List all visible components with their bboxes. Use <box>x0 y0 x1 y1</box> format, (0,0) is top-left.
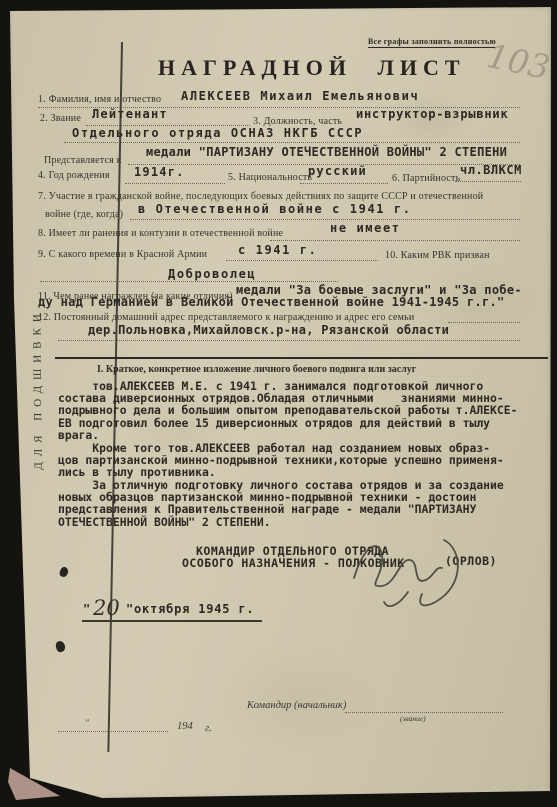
submitted-for-label: Представляется к <box>44 155 122 166</box>
dotted-line <box>58 339 520 341</box>
field-5-value: русский <box>308 164 367 178</box>
dotted-line <box>58 730 168 732</box>
field-7-value: в Отечественной войне с 1941 г. <box>138 202 412 216</box>
field-8-label: 8. Имеет ли ранения и контузии в отечест… <box>38 228 283 239</box>
field-2-label: 2. Звание <box>40 113 81 124</box>
field-1-label: 1. Фамилия, имя и отчество <box>38 94 161 105</box>
dotted-line <box>125 182 225 184</box>
field-11-value-line2: ду над Германией в Великой Отечественной… <box>38 295 505 309</box>
field-7-label-line2: войне (где, когда) <box>45 209 123 220</box>
footer-year: 194 <box>177 721 193 732</box>
citation-paragraph-2: Кроме того тов.АЛЕКСЕЕВ работал над созд… <box>58 442 504 479</box>
field-1-value: АЛЕКСЕЕВ Михаил Емельянович <box>181 89 419 103</box>
field-3-value-line2: Отдельного отряда ОСНАЗ НКГБ СССР <box>72 126 363 140</box>
commander-signature <box>348 532 483 614</box>
dotted-line <box>130 218 520 220</box>
field-6-value: чл.ВЛКСМ <box>460 163 522 177</box>
dotted-line <box>270 239 520 241</box>
date-typed-text: "октября 1945 г. <box>126 602 254 616</box>
field-9-value: с 1941 г. <box>238 243 317 257</box>
footer-commander-label: Командир (начальник) <box>247 700 346 711</box>
handwritten-day: 20 <box>93 596 120 620</box>
dotted-line <box>226 259 378 261</box>
dotted-line <box>345 711 503 713</box>
field-6-label: 6. Партийность <box>392 173 460 184</box>
dotted-line <box>448 321 520 323</box>
date-open-quote: " <box>83 602 91 616</box>
field-8-value: не имеет <box>330 221 401 235</box>
submitted-for-value: медали "ПАРТИЗАНУ ОТЕЧЕСТВЕННОЙ ВОЙНЫ" 2… <box>146 145 507 159</box>
fill-all-fields-notice: Все графы заполнить полностью <box>368 37 496 48</box>
footer-year-suffix: г. <box>205 723 212 734</box>
section-divider-rule <box>55 357 548 359</box>
field-10-label: 10. Каким РВК призван <box>385 250 490 261</box>
field-3-value: инструктор-взрывник <box>356 107 508 121</box>
field-4-value: 1914г. <box>134 165 185 179</box>
dotted-line <box>300 182 388 184</box>
field-2-value: Лейтенант <box>92 107 168 121</box>
citation-paragraph-1: тов.АЛЕКСЕЕВ М.Е. с 1941 г. занимался по… <box>58 380 517 441</box>
citation-paragraph-3: За отличную подготовку личного состава о… <box>58 479 504 528</box>
field-12-value: дер.Польновка,Михайловск.р-на, Рязанской… <box>88 323 449 337</box>
date-underline <box>82 620 262 622</box>
field-9-label: 9. С какого времени в Красной Армии <box>38 249 207 260</box>
field-12-label: 12. Постоянный домашний адрес представля… <box>38 312 414 323</box>
dotted-line <box>40 280 338 282</box>
dotted-line <box>455 180 521 182</box>
dotted-line <box>64 141 520 143</box>
section-1-heading: I. Краткое, конкретное изложение личного… <box>97 364 416 375</box>
footer-rank-hint: (звание) <box>400 714 426 723</box>
field-7-label-line1: 7. Участие в гражданской войне, последую… <box>38 191 483 202</box>
field-10-value: Доброволец <box>168 267 256 281</box>
footer-year-quote: " <box>85 718 89 728</box>
field-4-label: 4. Год рождения <box>38 170 110 181</box>
scanned-award-sheet: ДЛЯ ПОДШИВКИ Все графы заполнить полност… <box>0 0 557 807</box>
form-title: НАГРАДНОЙ ЛИСТ <box>158 55 466 81</box>
